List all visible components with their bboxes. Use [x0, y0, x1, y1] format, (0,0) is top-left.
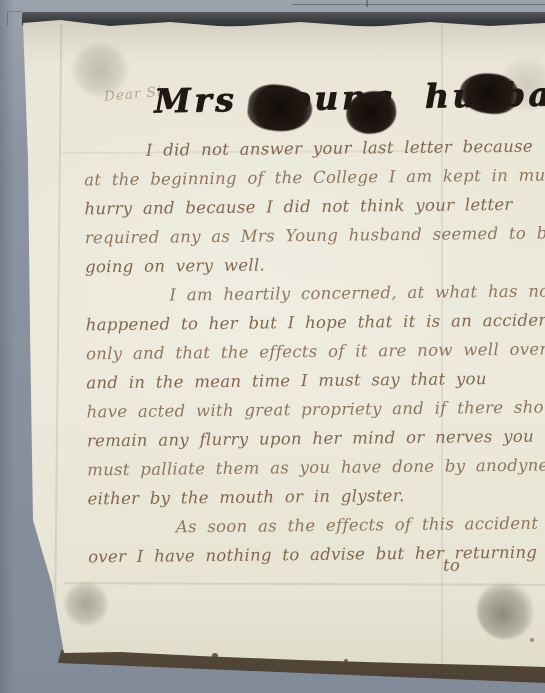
fold-crease-vertical-left — [54, 24, 63, 654]
letter-line: happened to her but I hope that it is an… — [86, 306, 538, 340]
catchword: to — [443, 556, 460, 575]
backdrop-shading — [0, 0, 14, 693]
letter-line: remain any flurry upon her mind or nerve… — [87, 422, 539, 456]
letter-line: and in the mean time I must say that you — [86, 364, 538, 398]
letter-line: I am heartily concerned, at what has now — [85, 277, 537, 311]
annotation-overwrite: Mrs young husband — [148, 71, 545, 138]
letter-line: As soon as the effects of this accident … — [88, 509, 540, 543]
backdrop-hairline — [292, 4, 545, 5]
backdrop-tick-mark — [366, 0, 368, 7]
smudge-bottom-left — [64, 582, 108, 626]
letter-line: required any as Mrs Young husband seemed… — [85, 219, 537, 253]
letter-body: I did not answer your last letter becaus… — [84, 132, 541, 572]
letter-line: over I have nothing to advise but her re… — [88, 538, 540, 572]
backdrop-corner-mark — [7, 11, 22, 26]
fold-crease-horizontal-lower — [64, 582, 545, 586]
letter-page: Dear Sir Mrs young husband I did not ans… — [0, 0, 545, 693]
ink-speck — [530, 638, 534, 642]
letter-line: have acted with great propriety and if t… — [86, 393, 538, 427]
photo-background: Dear Sir Mrs young husband I did not ans… — [0, 0, 545, 693]
smudge-bottom-right — [477, 582, 534, 639]
letter-line: at the beginning of the College I am kep… — [84, 161, 536, 195]
letter-line: must palliate them as you have done by a… — [87, 451, 539, 485]
letter-line: hurry and because I did not think your l… — [84, 190, 536, 224]
letter-line: going on very well. — [85, 248, 537, 282]
letter-line: I did not answer your last letter becaus… — [84, 132, 536, 166]
letter-line: only and that the effects of it are now … — [86, 335, 538, 369]
letter-line: either by the mouth or in glyster. — [87, 480, 539, 514]
